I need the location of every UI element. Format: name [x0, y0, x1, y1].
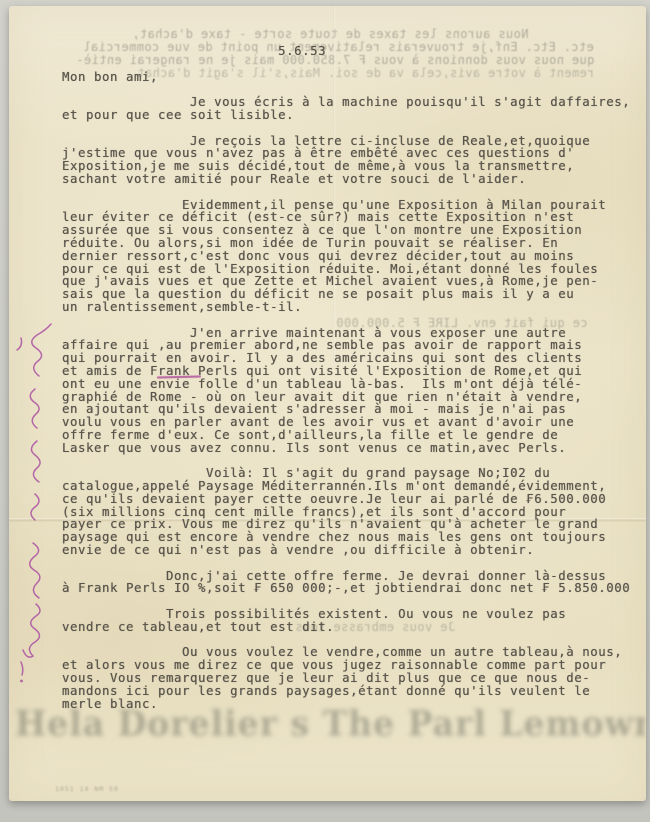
printer-corner-mark: 1051 14 NM 50 — [55, 785, 119, 793]
bleedthrough-line: Nous aurons les taxes de toute sorte - t… — [132, 27, 528, 41]
handwritten-margin-note — [9, 306, 65, 686]
letter-paper: Nous aurons les taxes de toute sorte - t… — [9, 6, 646, 801]
letter-body: 5.6.53 Mon bon ami, Je vous écris à la m… — [62, 45, 630, 710]
scan-background: Nous aurons les taxes de toute sorte - t… — [0, 0, 650, 822]
